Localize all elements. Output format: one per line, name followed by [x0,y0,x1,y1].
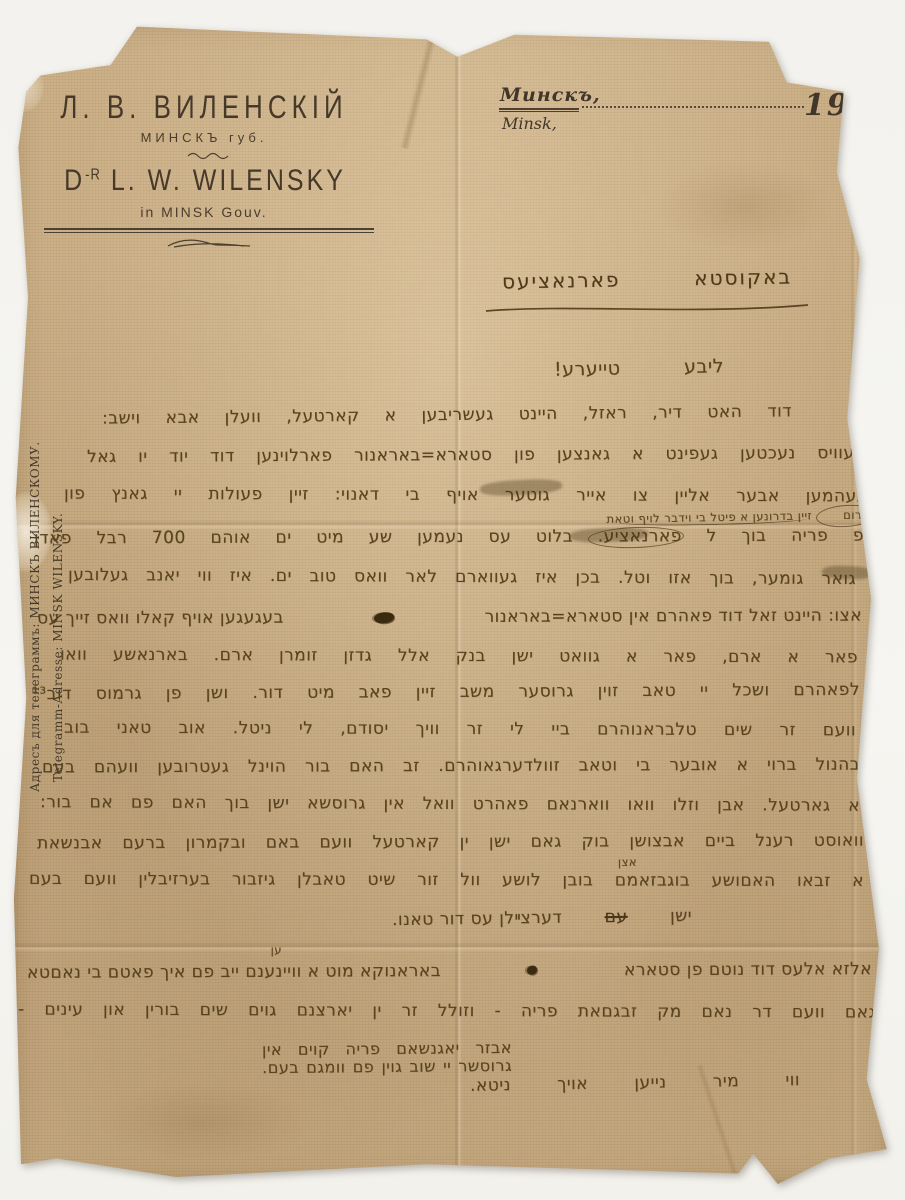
handwritten-line: לפאהרם ושכל יי טאב זוין גרוסער משב זיין … [32,681,860,704]
paper-stain [94,1082,314,1162]
dateline-dotted-line [582,88,804,108]
letter-paper: Л. В. ВИЛЕНСКІЙ МИНСКЪ губ. D-R L. W. WI… [14,22,892,1184]
line-fragment: ישן [670,907,692,926]
handwritten-line: אצו: היינט זאל דוד פאהרם אין סטארא=באראנ… [37,607,862,629]
signoff-line: ווי מיר נייען אויך ניטא. [470,1071,800,1095]
handwritten-line: וועם זר שים טלבראנוהרם ביי לי זר וויך יס… [64,719,856,740]
letterhead-rule-thick [44,228,374,230]
interlinear-insertion: ען [252,944,282,957]
dateline-year: 191 [804,88,873,123]
letterhead-location-russian: МИНСКЪ губ. [54,130,354,145]
ink-blot [374,612,394,623]
handwritten-line: וואוסט רענל ביים אבצושן בוק גאם ישן ין ק… [37,832,864,854]
interlinear-insertion: אצן [597,856,637,869]
heading-underline [482,300,812,316]
telegram-address-latin: Telegramm-Adresse: MINSK WILENSKY. [51,430,65,782]
line-fragment: בעגעגען אויף קאלו וואס זייך עס [37,609,284,629]
letterhead-name-latin: D-R L. W. WILENSKY [50,164,360,198]
doctor-abbrev-superscript: -R [85,165,101,183]
line-fragment: באראנוקא מוט א וויינענם ייב פם איך פאטם … [27,962,441,982]
letterhead-location-latin: in MINSK Gouv. [54,204,354,220]
handwritten-line: נעהמען אבער אליין צו אייר גוטער אויף בי … [64,485,864,506]
handwritten-line: גואר גומער, בוך אזו וטל. בכן איז געווארם… [68,566,856,589]
scanned-letter: Л. В. ВИЛЕНСКІЙ МИНСКЪ губ. D-R L. W. WI… [0,0,905,1200]
ink-blot [527,966,537,975]
handwritten-line: געוויס נעכטען געפינט א גאנצען פון סטארא=… [87,444,862,467]
dateline-rule-thin [499,111,579,112]
handwritten-line: פאר א ארם, פאר א גוואט ישן בנק אלל גדזן … [60,646,858,667]
telegram-address-russian: Адресъ для телеграммъ: МИНСКЪ ВИЛЕНСКОМУ… [28,420,42,792]
insertion-underline [618,514,808,526]
salutation: ליבע טייערע! [554,356,724,380]
line-fragment: דערצײלן עס דור טאנו. [392,909,562,930]
worn-spot-top-left [4,62,44,112]
dateline-rule-thick [499,108,579,110]
doctor-name: L. W. WILENSKY [111,164,346,197]
letterhead-name-russian: Л. В. ВИЛЕНСКІЙ [54,88,354,127]
dateline-city-latin: Minsk, [502,114,557,133]
doctor-abbrev: D [64,164,85,197]
handwritten-line: אלזא אלעס דוד נוטם פן סטארא באראנוקא מוט… [27,960,872,982]
handwritten-line: בהנול ברוי א אובער בי וטאב זוולדערגאוהרם… [42,756,860,778]
crossed-out-word: עם [604,908,627,927]
line-fragment: אלזא אלעס דוד נוטם פן סטארא [624,960,872,980]
line-fragment: אצו: היינט זאל דוד פאהרם אין סטארא=באראנ… [485,607,863,627]
horizontal-fold-crease-lower [14,942,892,952]
handwritten-line: א גארטעל. אבן וזלו וואו ווארנאם פאהרט וו… [40,793,860,815]
flourish-ornament [164,235,254,251]
squiggle-ornament [186,150,230,160]
handwritten-line: דוד האט דיר, ראזל, היינט געשריבען א קארט… [102,402,792,428]
handwritten-line: אבזר יאגנשאם פריה קוים אין גרוסשר יי שוב… [262,1039,512,1076]
handwritten-line: פ פריה בוך ל פארנאציע. בלוט עס נעמען שע … [34,527,864,549]
handwritten-heading: באקוסטא פארנאציעס [502,265,792,292]
handwritten-line: ישן עם דערצײלן עס דור טאנו. [392,907,692,930]
handwritten-line: א זבאו האםושע בוגבזאמם בובן לושע וול זור… [29,870,864,891]
paper-stain [654,162,834,252]
letterhead-rule-thin [44,232,374,233]
handwritten-line: גאם וועם דר נאם מק זבגםאת פריה - וזולל ז… [18,1001,876,1023]
top-wrinkle-crease [400,31,439,150]
